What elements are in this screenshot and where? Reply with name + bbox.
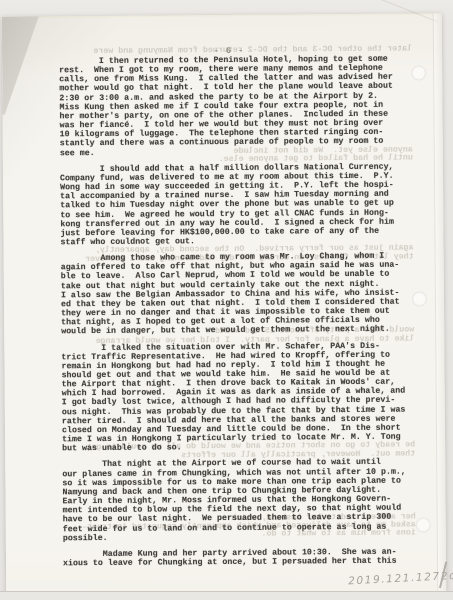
paragraph: I should add that a half million dollars… (60, 162, 414, 247)
paragraph: Madame Kung and her party arrived about … (63, 547, 416, 568)
punch-hole-middle (412, 291, 427, 306)
folded-corner (2, 16, 40, 114)
scan-bottom-edge (0, 591, 453, 600)
scan-background: - 6 - later the other DC-3 and the DC-2 … (0, 0, 453, 600)
paragraph: That night at the Airport we of course h… (62, 458, 416, 543)
text-line: but was unable to do so. (62, 442, 415, 454)
paragraph: I talked the situation over with Mr. Sch… (61, 341, 415, 454)
paragraph: Among those who came to my room was Mr. … (61, 252, 415, 337)
punch-hole-bottom (416, 517, 431, 532)
text-line: staff who couldnot get out. (60, 235, 413, 247)
text-line: xious to leave for Chungking at once, bu… (63, 556, 416, 568)
document-body: I then returned to the Peninsula Hotel, … (59, 55, 416, 576)
corner-crease (365, 0, 438, 22)
paragraph: I then returned to the Peninsula Hotel, … (59, 55, 413, 158)
text-line: would be in danger, but that we would ge… (61, 325, 414, 337)
document-page: - 6 - later the other DC-3 and the DC-2 … (2, 13, 447, 594)
punch-hole-top (411, 65, 426, 80)
